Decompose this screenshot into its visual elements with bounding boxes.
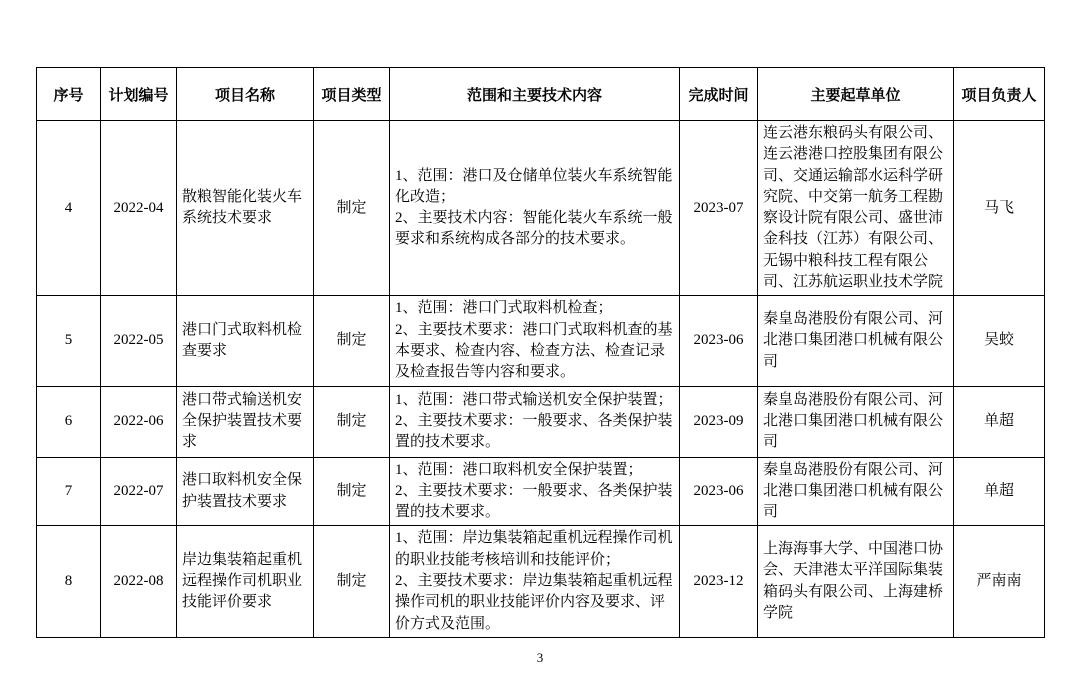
header-seq: 序号 xyxy=(37,68,101,121)
plan-no-cell: 2022-07 xyxy=(101,457,177,526)
drafters-cell: 秦皇岛港股份有限公司、河北港口集团港口机械有限公司 xyxy=(758,457,954,526)
project-name-cell: 岸边集装箱起重机远程操作司机职业技能评价要求 xyxy=(177,526,314,637)
plan-no-cell: 2022-08 xyxy=(101,526,177,637)
drafters-cell: 秦皇岛港股份有限公司、河北港口集团港口机械有限公司 xyxy=(758,296,954,386)
project-name-cell: 港口门式取料机检查要求 xyxy=(177,296,314,386)
header-leader: 项目负责人 xyxy=(954,68,1045,121)
header-scope: 范围和主要技术内容 xyxy=(390,68,680,121)
project-name-cell: 散粮智能化装火车系统技术要求 xyxy=(177,121,314,296)
drafters-cell: 连云港东粮码头有限公司、连云港港口控股集团有限公司、交通运输部水运科学研究院、中… xyxy=(758,121,954,296)
header-plan-no: 计划编号 xyxy=(101,68,177,121)
project-type-cell: 制定 xyxy=(314,296,390,386)
project-type-cell: 制定 xyxy=(314,121,390,296)
header-project-type: 项目类型 xyxy=(314,68,390,121)
table-header-row: 序号 计划编号 项目名称 项目类型 范围和主要技术内容 完成时间 主要起草单位 … xyxy=(37,68,1045,121)
seq-cell: 8 xyxy=(37,526,101,637)
table-row: 4 2022-04 散粮智能化装火车系统技术要求 制定 1、范围：港口及仓储单位… xyxy=(37,121,1045,296)
standards-plan-table: 序号 计划编号 项目名称 项目类型 范围和主要技术内容 完成时间 主要起草单位 … xyxy=(36,67,1045,638)
scope-cell: 1、范围：港口及仓储单位装火车系统智能化改造； 2、主要技术内容：智能化装火车系… xyxy=(390,121,680,296)
drafters-cell: 上海海事大学、中国港口协会、天津港太平洋国际集装箱码头有限公司、上海建桥学院 xyxy=(758,526,954,637)
finish-time-cell: 2023-12 xyxy=(680,526,758,637)
seq-cell: 4 xyxy=(37,121,101,296)
header-drafters: 主要起草单位 xyxy=(758,68,954,121)
table-row: 7 2022-07 港口取料机安全保护装置技术要求 制定 1、范围：港口取料机安… xyxy=(37,457,1045,526)
table-row: 5 2022-05 港口门式取料机检查要求 制定 1、范围：港口门式取料机检查；… xyxy=(37,296,1045,386)
document-page: 序号 计划编号 项目名称 项目类型 范围和主要技术内容 完成时间 主要起草单位 … xyxy=(0,0,1080,694)
seq-cell: 5 xyxy=(37,296,101,386)
header-project-name: 项目名称 xyxy=(177,68,314,121)
finish-time-cell: 2023-06 xyxy=(680,457,758,526)
plan-no-cell: 2022-04 xyxy=(101,121,177,296)
finish-time-cell: 2023-07 xyxy=(680,121,758,296)
seq-cell: 7 xyxy=(37,457,101,526)
scope-cell: 1、范围：岸边集装箱起重机远程操作司机的职业技能考核培训和技能评价； 2、主要技… xyxy=(390,526,680,637)
header-finish-time: 完成时间 xyxy=(680,68,758,121)
project-name-cell: 港口取料机安全保护装置技术要求 xyxy=(177,457,314,526)
scope-cell: 1、范围：港口门式取料机检查； 2、主要技术要求：港口门式取料机查的基本要求、检… xyxy=(390,296,680,386)
leader-cell: 马飞 xyxy=(954,121,1045,296)
plan-no-cell: 2022-06 xyxy=(101,386,177,457)
drafters-cell: 秦皇岛港股份有限公司、河北港口集团港口机械有限公司 xyxy=(758,386,954,457)
plan-no-cell: 2022-05 xyxy=(101,296,177,386)
leader-cell: 吴蛟 xyxy=(954,296,1045,386)
leader-cell: 单超 xyxy=(954,457,1045,526)
project-type-cell: 制定 xyxy=(314,386,390,457)
scope-cell: 1、范围：港口带式输送机安全保护装置； 2、主要技术要求：一般要求、各类保护装置… xyxy=(390,386,680,457)
table-row: 6 2022-06 港口带式输送机安全保护装置技术要求 制定 1、范围：港口带式… xyxy=(37,386,1045,457)
leader-cell: 单超 xyxy=(954,386,1045,457)
seq-cell: 6 xyxy=(37,386,101,457)
project-type-cell: 制定 xyxy=(314,526,390,637)
page-number: 3 xyxy=(0,650,1080,666)
scope-cell: 1、范围：港口取料机安全保护装置； 2、主要技术要求：一般要求、各类保护装置的技… xyxy=(390,457,680,526)
finish-time-cell: 2023-09 xyxy=(680,386,758,457)
project-type-cell: 制定 xyxy=(314,457,390,526)
table-row: 8 2022-08 岸边集装箱起重机远程操作司机职业技能评价要求 制定 1、范围… xyxy=(37,526,1045,637)
leader-cell: 严南南 xyxy=(954,526,1045,637)
finish-time-cell: 2023-06 xyxy=(680,296,758,386)
project-name-cell: 港口带式输送机安全保护装置技术要求 xyxy=(177,386,314,457)
